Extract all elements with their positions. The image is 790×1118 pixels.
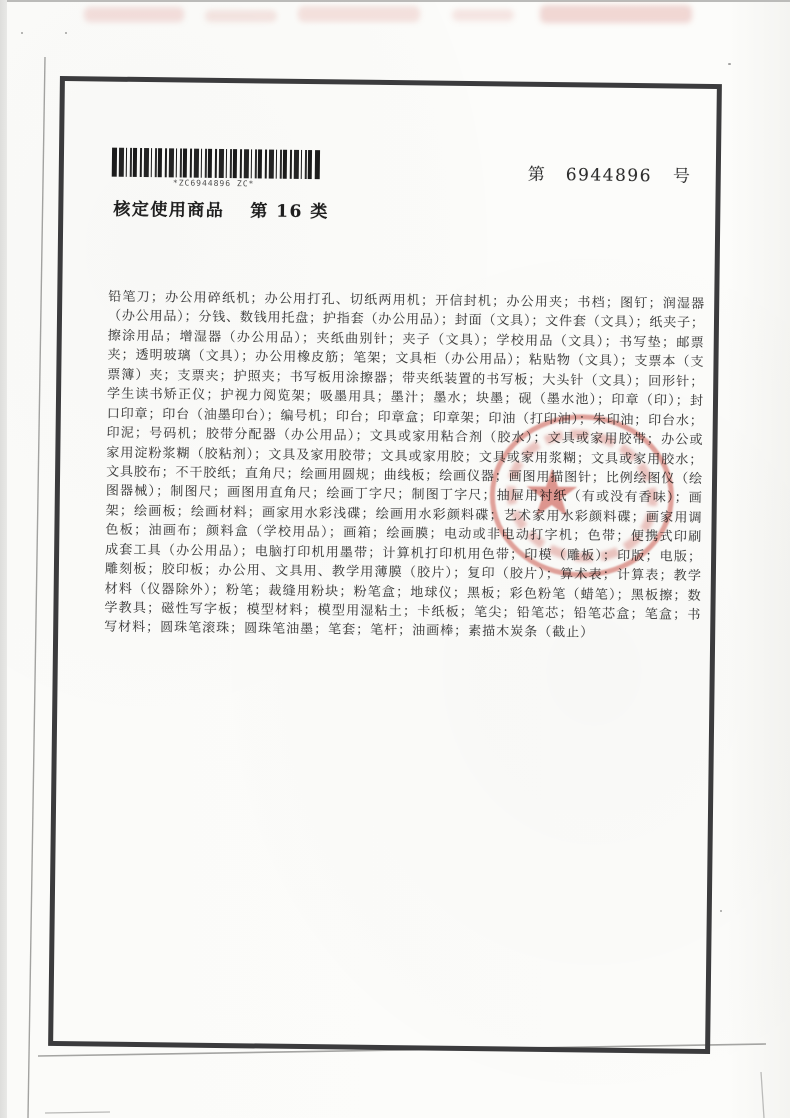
red-ink-smudge [205,10,277,22]
barcode-label: *ZC6944896 ZC* [110,178,318,190]
barcode [112,148,320,180]
red-ink-smudge [298,6,420,22]
red-ink-smudge [84,7,184,22]
heading-title: 核定使用商品 [113,195,224,221]
dust-speck [65,32,67,34]
scan-top-edge [0,0,790,2]
barcode-block: *ZC6944896 ZC* [110,148,320,190]
scan-left-edge [0,0,7,1118]
certificate-border-frame: *ZC6944896 ZC* 第 6944896 号 核定使用商品 第 16 类… [48,76,722,1054]
certificate-number-value: 6944896 [566,165,652,186]
approved-goods-heading: 核定使用商品 第 16 类 [113,195,329,223]
red-ink-smudge [540,5,692,23]
certificate-number: 第 6944896 号 [528,160,691,187]
certificate-number-suffix: 号 [673,161,690,186]
dust-speck [720,910,722,912]
certificate-number-prefix: 第 [528,160,545,185]
heading-class-label: 第 16 类 [250,196,329,222]
red-ink-smudge [452,9,514,21]
dust-speck [728,63,731,65]
goods-list: 铅笔刀；办公用碎纸机；办公用打孔、切纸两用机；开信封机；办公用夹；书档；图钉；润… [104,288,704,645]
scanned-certificate-page: *ZC6944896 ZC* 第 6944896 号 核定使用商品 第 16 类… [0,0,790,1118]
dust-speck [21,32,23,34]
